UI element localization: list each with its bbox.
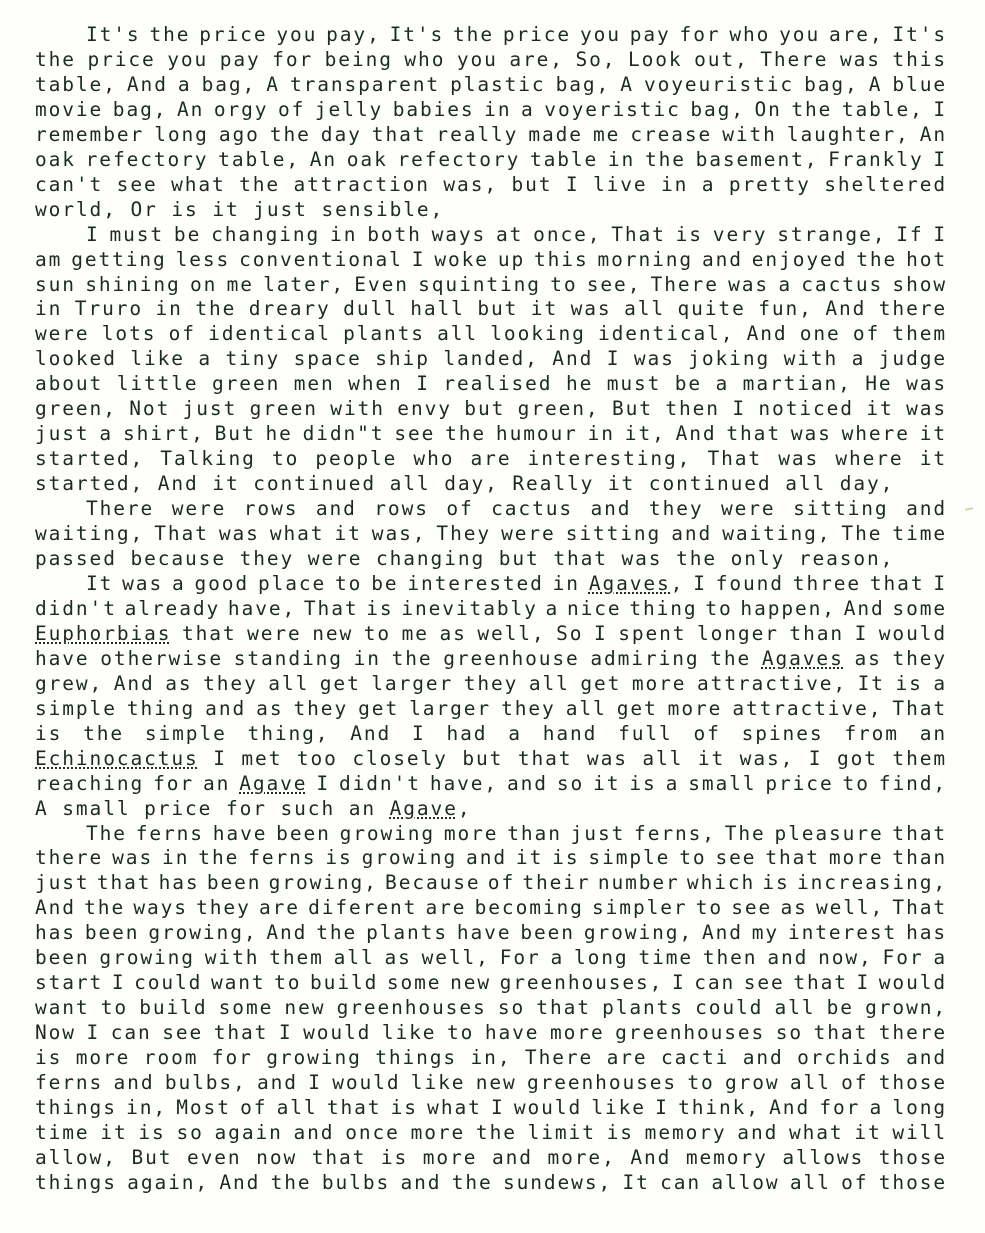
paragraph: It was a good place to be interested in …	[35, 572, 947, 822]
underlined-term: Agaves	[589, 572, 671, 595]
text-line: looked like a tiny space ship landed, An…	[35, 347, 947, 372]
text-line: started, And it continued all day, Reall…	[35, 472, 947, 497]
text-line: The ferns have been growing more than ju…	[35, 822, 947, 847]
paragraph: The ferns have been growing more than ju…	[35, 822, 947, 1196]
margin-smudge	[965, 507, 973, 511]
text-line: And the ways they are diferent are becom…	[35, 896, 947, 921]
text-line: passed because they were changing but th…	[35, 547, 947, 572]
text-line: started, Talking to people who are inter…	[35, 447, 947, 472]
text-line: grew, And as they all get larger they al…	[35, 672, 947, 697]
text-line: things again, And the bulbs and the sund…	[35, 1171, 947, 1196]
text-line: reaching for an Agave I didn't have, and…	[35, 772, 947, 797]
text-line: oak refectory table, An oak refectory ta…	[35, 148, 947, 173]
text-line: There were rows and rows of cactus and t…	[35, 497, 947, 522]
text-line: the price you pay for being who you are,…	[35, 48, 947, 73]
text-line: has been growing, And the plants have be…	[35, 921, 947, 946]
text-line: It's the price you pay, It's the price y…	[35, 23, 947, 48]
text-line: there was in the ferns is growing and it…	[35, 846, 947, 871]
text-line: just a shirt, But he didn"t see the humo…	[35, 422, 947, 447]
text-line: waiting, That was what it was, They were…	[35, 522, 947, 547]
text-line: Now I can see that I would like to have …	[35, 1021, 947, 1046]
text-line: is the simple thing, And I had a hand fu…	[35, 722, 947, 747]
underlined-term: Echinocactus	[35, 747, 199, 770]
underlined-term: Agave	[239, 772, 307, 795]
text-line: simple thing and as they get larger they…	[35, 697, 947, 722]
text-line: table, And a bag, A transparent plastic …	[35, 73, 947, 98]
paragraph: It's the price you pay, It's the price y…	[35, 23, 947, 223]
underlined-term: Agave	[390, 797, 458, 820]
document-page: It's the price you pay, It's the price y…	[35, 23, 947, 1196]
text-line: A small price for such an Agave,	[35, 797, 947, 822]
text-line: am getting less conventional I woke up t…	[35, 248, 947, 273]
text-line: It was a good place to be interested in …	[35, 572, 947, 597]
text-line: want to build some new greenhouses so th…	[35, 996, 947, 1021]
text-line: allow, But even now that is more and mor…	[35, 1146, 947, 1171]
text-line: world, Or is it just sensible,	[35, 198, 947, 223]
text-line: ferns and bulbs, and I would like new gr…	[35, 1071, 947, 1096]
text-line: been growing with them all as well, For …	[35, 946, 947, 971]
text-line: time it is so again and once more the li…	[35, 1121, 947, 1146]
text-line: Euphorbias that were new to me as well, …	[35, 622, 947, 647]
text-line: sun shining on me later, Even squinting …	[35, 273, 947, 298]
paragraph: I must be changing in both ways at once,…	[35, 223, 947, 497]
text-line: Echinocactus I met too closely but that …	[35, 747, 947, 772]
text-line: things in, Most of all that is what I wo…	[35, 1096, 947, 1121]
text-line: can't see what the attraction was, but I…	[35, 173, 947, 198]
text-line: is more room for growing things in, Ther…	[35, 1046, 947, 1071]
text-line: about little green men when I realised h…	[35, 372, 947, 397]
text-line: green, Not just green with envy but gree…	[35, 397, 947, 422]
underlined-term: Euphorbias	[35, 622, 171, 645]
text-line: remember long ago the day that really ma…	[35, 123, 947, 148]
text-line: have otherwise standing in the greenhous…	[35, 647, 947, 672]
text-line: in Truro in the dreary dull hall but it …	[35, 297, 947, 322]
paragraph: There were rows and rows of cactus and t…	[35, 497, 947, 572]
text-line: movie bag, An orgy of jelly babies in a …	[35, 98, 947, 123]
text-line: I must be changing in both ways at once,…	[35, 223, 947, 248]
text-line: just that has been growing, Because of t…	[35, 871, 947, 896]
underlined-term: Agaves	[762, 647, 844, 670]
text-line: didn't already have, That is inevitably …	[35, 597, 947, 622]
text-line: start I could want to build some new gre…	[35, 971, 947, 996]
text-line: were lots of identical plants all lookin…	[35, 322, 947, 347]
